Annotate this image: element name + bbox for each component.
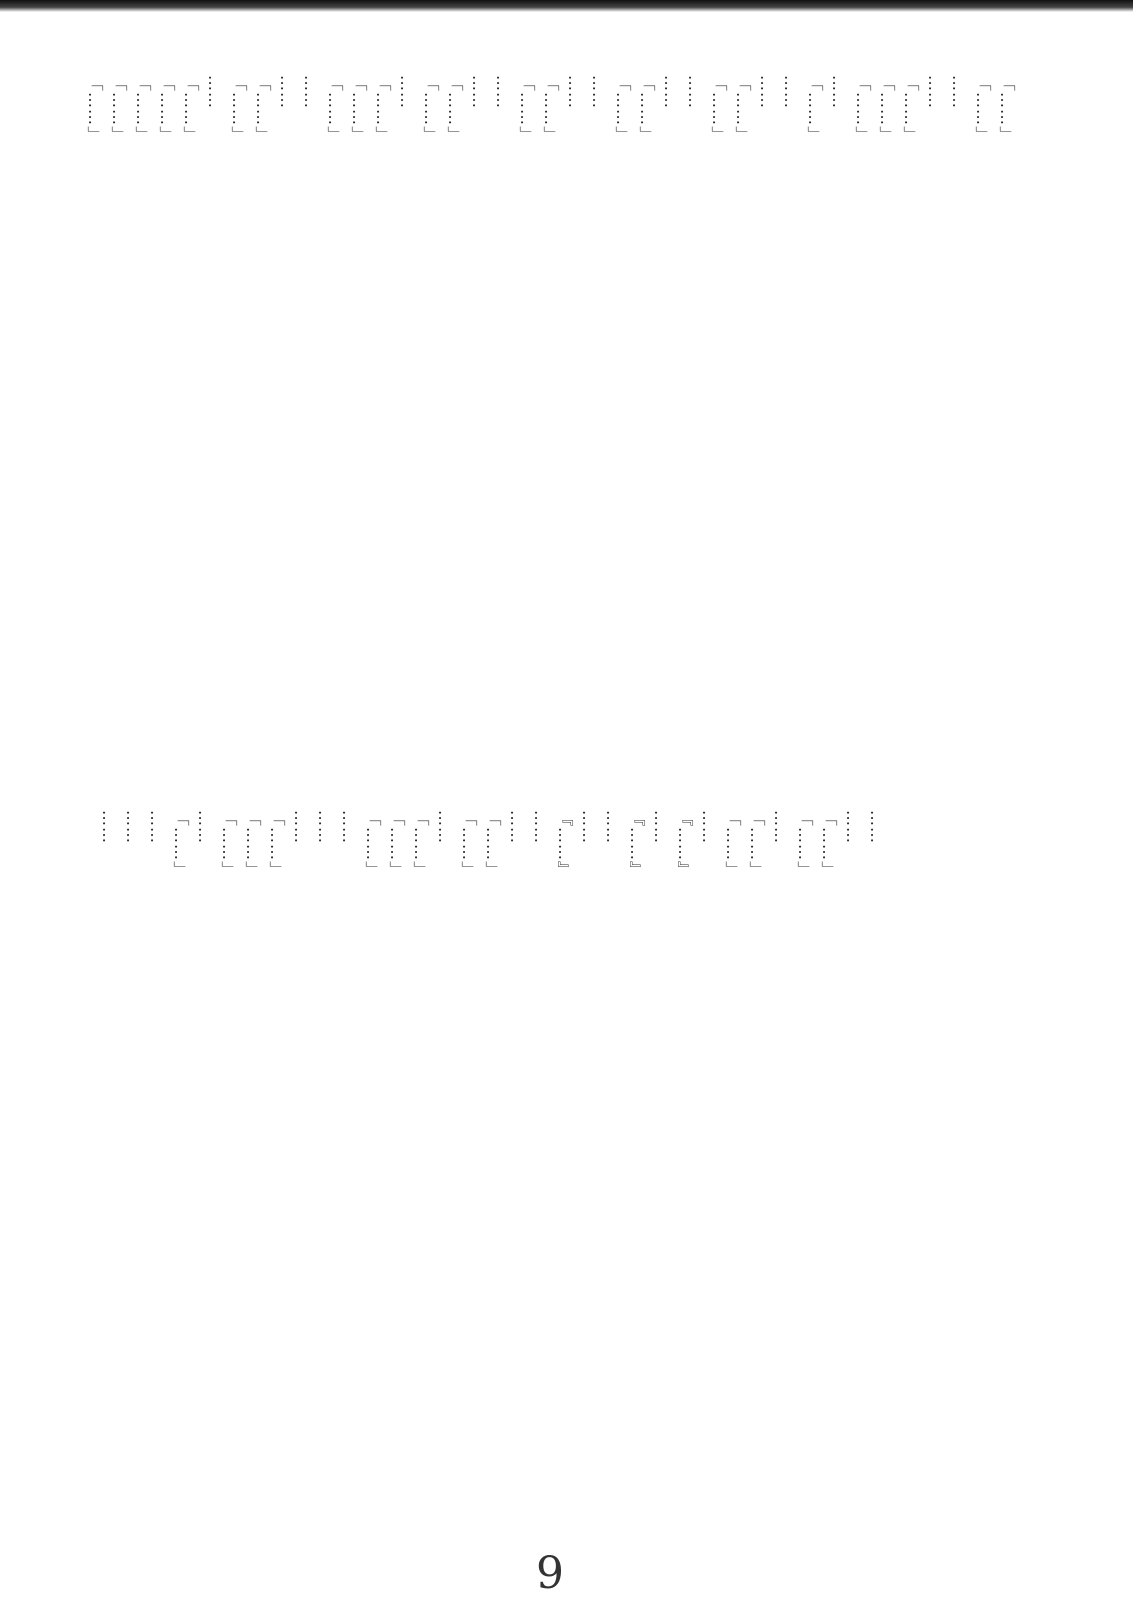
text-column: 「……」 (346, 75, 370, 720)
text-column: 「……」 (994, 75, 1018, 720)
text-column: …… (648, 810, 672, 1450)
text-column: 「……」 (240, 810, 264, 1450)
text-column: 「……」 (744, 810, 768, 1450)
text-column: …… (202, 75, 226, 720)
text-tier-top: 「……」「……」…………「……」「……」「……」……「……」…………「……」「…… (78, 75, 1018, 720)
text-column: 「……」 (216, 810, 240, 1450)
text-column: 「……」 (384, 810, 408, 1450)
text-column: 「……」 (898, 75, 922, 720)
text-column: …… (490, 75, 514, 720)
text-column: 「……」 (250, 75, 274, 720)
text-column: …… (528, 810, 552, 1450)
text-column: 「……」 (178, 75, 202, 720)
text-column: 「……」 (106, 75, 130, 720)
text-column: …… (298, 75, 322, 720)
text-column: 「……」 (264, 810, 288, 1450)
text-column: …… (576, 810, 600, 1450)
text-column: …… (192, 810, 216, 1450)
scan-top-border (0, 0, 1133, 12)
text-column: 「……」 (538, 75, 562, 720)
text-column: 「……」 (456, 810, 480, 1450)
text-column: …… (504, 810, 528, 1450)
text-column: …… (96, 810, 120, 1450)
text-tier-bottom: …………「……」「……」……「……」「……」……『……』……『……』…………『…… (78, 810, 888, 1450)
text-column: …… (696, 810, 720, 1450)
text-column: 『……』 (672, 810, 696, 1450)
text-column: …… (768, 810, 792, 1450)
text-column: 「……」 (802, 75, 826, 720)
text-column: …… (946, 75, 970, 720)
text-column: 「……」 (850, 75, 874, 720)
text-column: 「……」 (610, 75, 634, 720)
text-column: …… (394, 75, 418, 720)
text-column: …… (586, 75, 610, 720)
text-column: …… (274, 75, 298, 720)
text-column: 「……」 (874, 75, 898, 720)
text-column: …… (826, 75, 850, 720)
text-column: 「……」 (360, 810, 384, 1450)
text-column: …… (754, 75, 778, 720)
text-column: …… (336, 810, 360, 1450)
text-column: 「……」 (130, 75, 154, 720)
text-column: 『……』 (552, 810, 576, 1450)
page-number: 9 (536, 1548, 564, 1599)
text-column: …… (562, 75, 586, 720)
text-column: 「……」 (82, 75, 106, 720)
text-column: 「……」 (154, 75, 178, 720)
text-column: …… (312, 810, 336, 1450)
text-column: …… (682, 75, 706, 720)
text-column: 「……」 (792, 810, 816, 1450)
text-column: …… (864, 810, 888, 1450)
text-column: …… (144, 810, 168, 1450)
text-column: …… (840, 810, 864, 1450)
text-column: …… (778, 75, 802, 720)
text-column: 「……」 (418, 75, 442, 720)
text-column: 「……」 (168, 810, 192, 1450)
text-column: 「……」 (322, 75, 346, 720)
text-column: 「……」 (720, 810, 744, 1450)
text-column: 「……」 (442, 75, 466, 720)
text-column: …… (288, 810, 312, 1450)
text-column: 「……」 (370, 75, 394, 720)
text-column: …… (120, 810, 144, 1450)
text-column: 「……」 (480, 810, 504, 1450)
text-column: 「……」 (816, 810, 840, 1450)
text-column: …… (600, 810, 624, 1450)
text-column: 『……』 (624, 810, 648, 1450)
text-column: 「……」 (730, 75, 754, 720)
text-column: 「……」 (514, 75, 538, 720)
text-column: …… (922, 75, 946, 720)
text-column: …… (466, 75, 490, 720)
text-column: 「……」 (706, 75, 730, 720)
text-column: 「……」 (226, 75, 250, 720)
text-column: …… (658, 75, 682, 720)
text-column: 「……」 (634, 75, 658, 720)
text-column: …… (432, 810, 456, 1450)
text-column: 「……」 (970, 75, 994, 720)
text-column: 「……」 (408, 810, 432, 1450)
